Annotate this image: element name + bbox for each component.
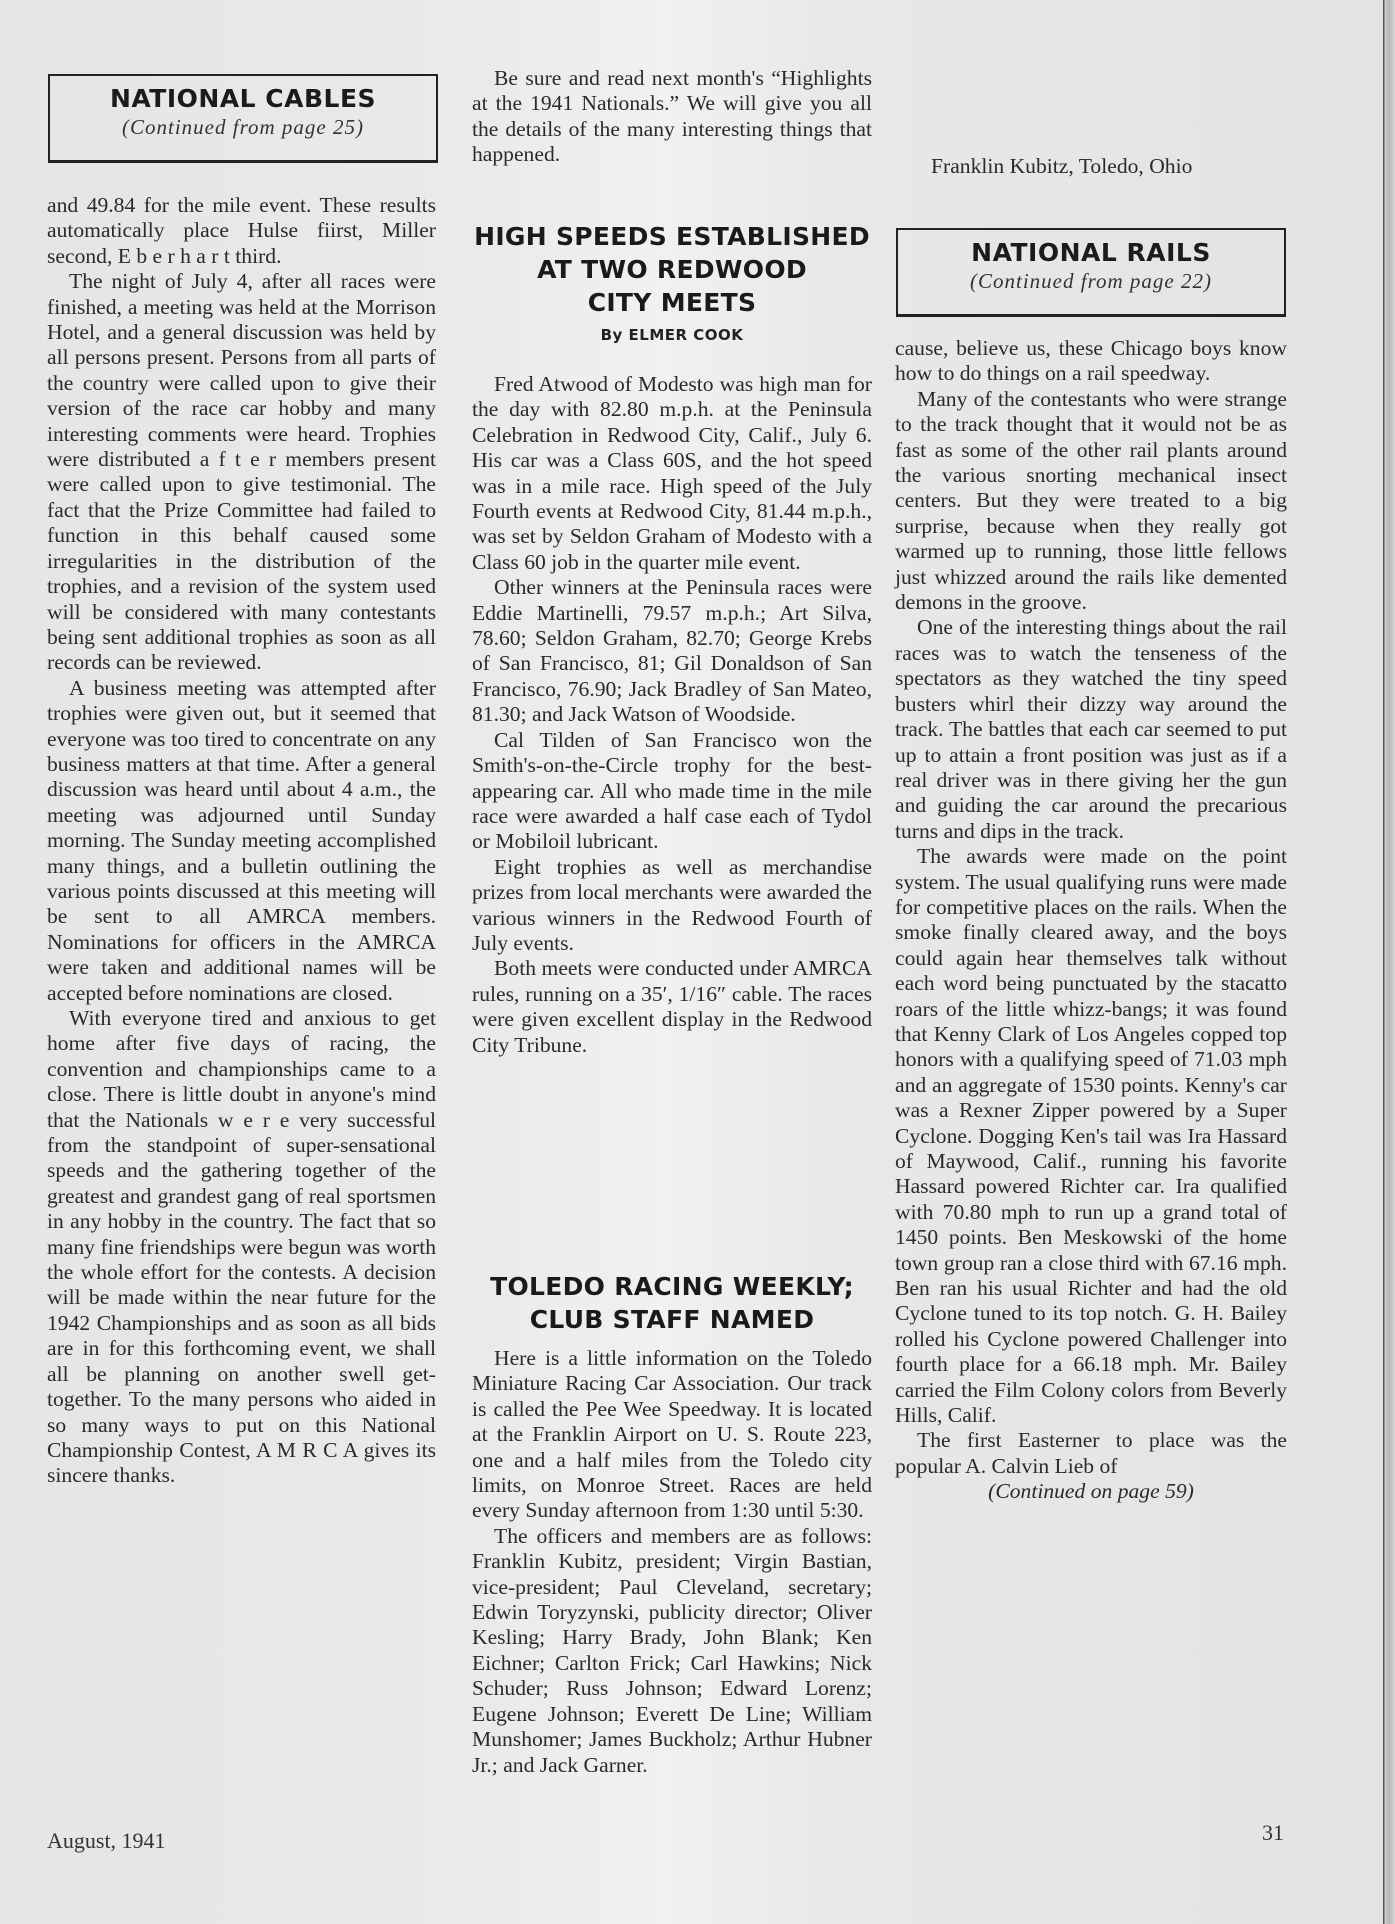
national-cables-article: and 49.84 for the mile event. These resu… [47, 193, 436, 1489]
continued-note: (Continued on page 59) [895, 1479, 1287, 1504]
national-rails-article: cause, believe us, these Chicago boys kn… [895, 336, 1287, 1505]
high-speeds-article: Fred Atwood of Modesto was high man for … [472, 372, 872, 1058]
national-rails-title: NATIONAL RAILS [898, 238, 1284, 268]
national-rails-subtitle: (Continued from page 22) [898, 268, 1284, 294]
article-paragraph: cause, believe us, these Chicago boys kn… [895, 336, 1287, 387]
national-cables-closing: Be sure and read next month's “Highlight… [472, 66, 872, 168]
high-speeds-headline: HIGH SPEEDS ESTABLISHED AT TWO REDWOOD C… [472, 220, 872, 319]
signature: Franklin Kubitz, Toledo, Ohio [895, 154, 1287, 179]
article-paragraph: Here is a little information on the Tole… [472, 1346, 872, 1524]
footer-date: August, 1941 [47, 1828, 166, 1854]
national-rails-header-box: NATIONAL RAILS (Continued from page 22) [896, 228, 1286, 317]
page-binding-edge [1383, 0, 1395, 1924]
toledo-signature-block: Franklin Kubitz, Toledo, Ohio [895, 154, 1287, 179]
byline: By ELMER COOK [472, 326, 872, 344]
national-cables-subtitle: (Continued from page 25) [50, 114, 436, 140]
national-cables-title: NATIONAL CABLES [50, 84, 436, 114]
article-paragraph: Both meets were conducted under AMRCA ru… [472, 956, 872, 1058]
national-cables-header-box: NATIONAL CABLES (Continued from page 25) [48, 74, 438, 163]
magazine-page: NATIONAL CABLES (Continued from page 25)… [0, 0, 1383, 1924]
article-paragraph: Be sure and read next month's “Highlight… [472, 66, 872, 168]
article-paragraph: Eight trophies as well as merchandise pr… [472, 855, 872, 957]
article-paragraph: A business meeting was attempted after t… [47, 676, 436, 1006]
article-paragraph: The night of July 4, after all races wer… [47, 269, 436, 676]
article-paragraph: Fred Atwood of Modesto was high man for … [472, 372, 872, 575]
toledo-headline: TOLEDO RACING WEEKLY; CLUB STAFF NAMED [472, 1270, 872, 1336]
article-paragraph: The awards were made on the point system… [895, 844, 1287, 1428]
toledo-article: Here is a little information on the Tole… [472, 1346, 872, 1778]
article-paragraph: One of the interesting things about the … [895, 615, 1287, 844]
article-paragraph: With everyone tired and anxious to get h… [47, 1006, 436, 1489]
article-paragraph: The officers and members are as follows:… [472, 1524, 872, 1778]
article-paragraph: The first Easterner to place was the pop… [895, 1428, 1287, 1479]
page-number: 31 [1262, 1820, 1284, 1846]
article-paragraph: Other winners at the Peninsula races wer… [472, 575, 872, 727]
article-paragraph: and 49.84 for the mile event. These resu… [47, 193, 436, 269]
article-paragraph: Cal Tilden of San Francisco won the Smit… [472, 728, 872, 855]
article-paragraph: Many of the contestants who were strange… [895, 387, 1287, 616]
